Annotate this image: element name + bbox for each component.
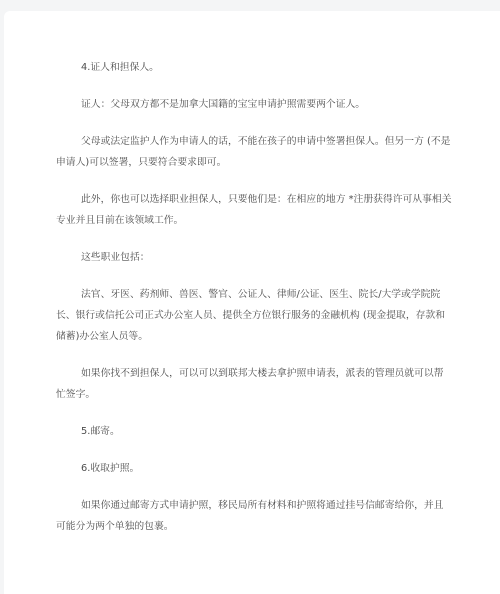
paragraph-witness-requirement: 证人：父母双方都不是加拿大国籍的宝宝申请护照需要两个证人。 <box>56 94 466 115</box>
paragraph-occupations-list: 法官、牙医、药剂师、兽医、警官、公证人、律师/公证、医生、院长/大学或学院院 长… <box>56 284 466 347</box>
paragraph-no-guarantor-option: 如果你找不到担保人，可以可以到联邦大楼去拿护照申请表，派表的管理员就可以帮 忙签… <box>56 363 466 405</box>
paragraph-occupations-intro: 这些职业包括： <box>56 247 466 268</box>
paragraph-parent-guardian-rule: 父母或法定监护人作为申请人的话，不能在孩子的申请中签署担保人。但另一方 (不是 … <box>56 131 466 173</box>
section-heading-witness-guarantor: 4.证人和担保人。 <box>56 57 466 78</box>
article-body: 4.证人和担保人。 证人：父母双方都不是加拿大国籍的宝宝申请护照需要两个证人。 … <box>56 57 466 553</box>
section-heading-mailing: 5.邮寄。 <box>56 421 466 442</box>
paragraph-mail-delivery: 如果你通过邮寄方式申请护照，移民局所有材料和护照将通过挂号信邮寄给你，并且 可能… <box>56 495 466 537</box>
article-card: 4.证人和担保人。 证人：父母双方都不是加拿大国籍的宝宝申请护照需要两个证人。 … <box>4 11 500 594</box>
paragraph-professional-guarantor: 此外，你也可以选择职业担保人，只要他们是：在相应的地方 *注册获得许可从事相关 … <box>56 189 466 231</box>
section-heading-passport-pickup: 6.收取护照。 <box>56 458 466 479</box>
